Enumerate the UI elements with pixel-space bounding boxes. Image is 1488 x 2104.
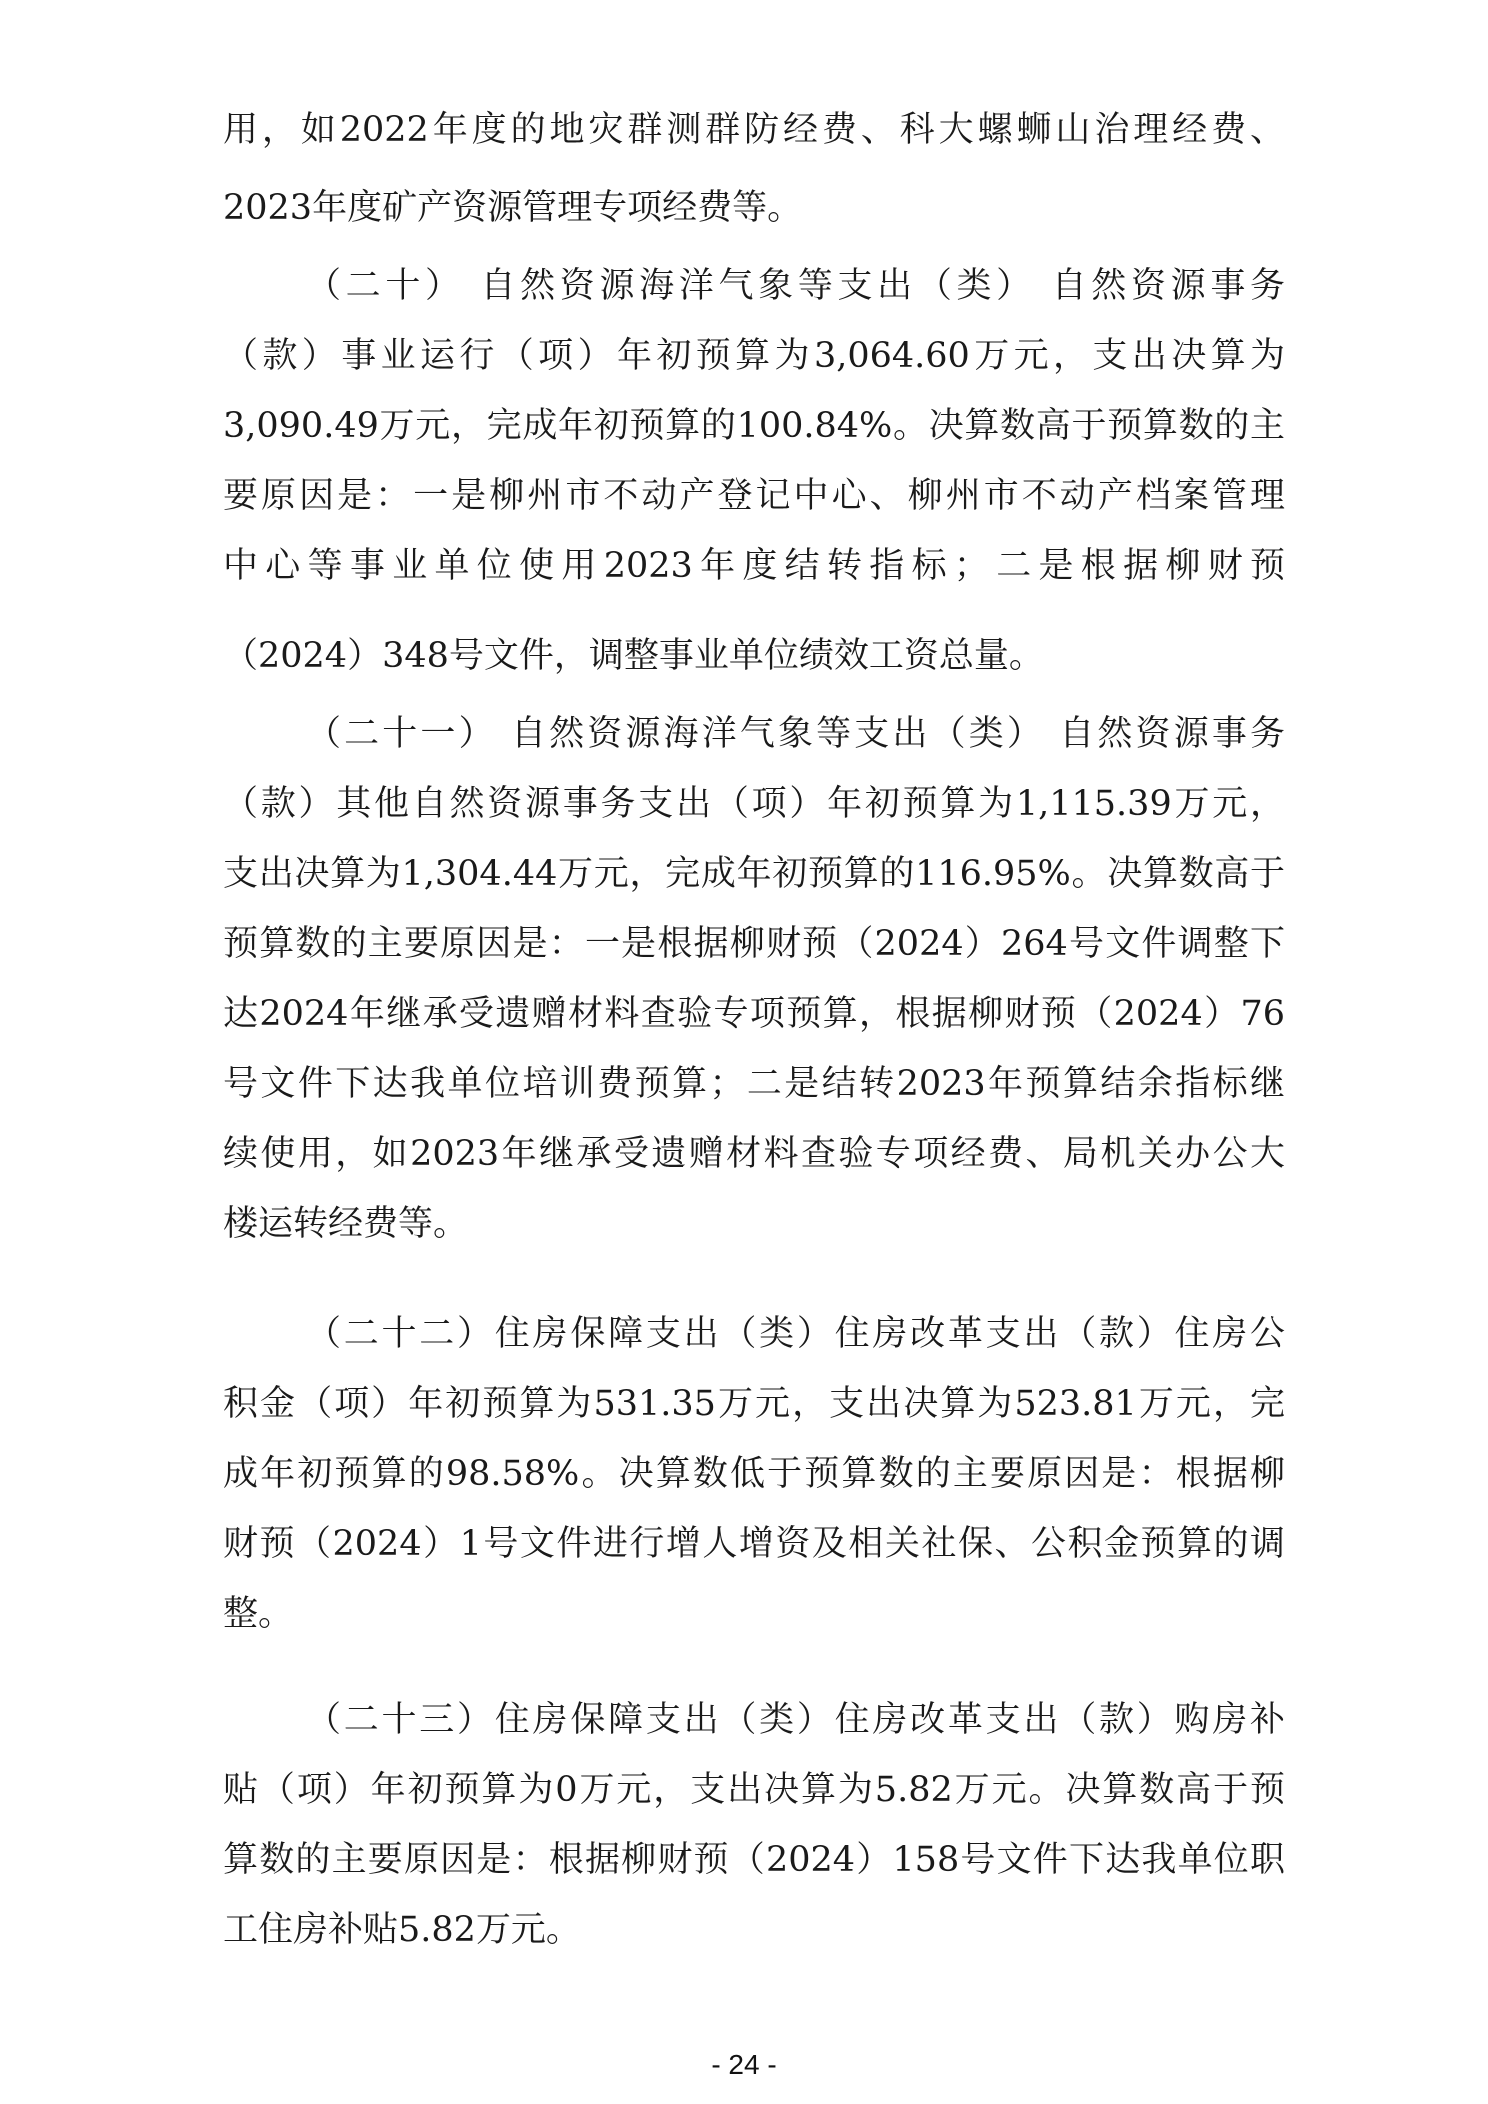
text-line: 2023年度矿产资源管理专项经费等。 — [223, 186, 1285, 230]
text-line: 算数的主要原因是：根据柳财预（2024）158号文件下达我单位职 — [223, 1838, 1285, 1882]
document-page: 用，如2022年度的地灾群测群防经费、科大螺蛳山治理经费、2023年度矿产资源管… — [0, 0, 1488, 2104]
text-line: 3,090.49万元，完成年初预算的100.84%。决算数高于预算数的主 — [223, 404, 1285, 448]
text-line: （款）事业运行（项）年初预算为3,064.60万元，支出决算为 — [223, 334, 1285, 378]
text-line: 支出决算为1,304.44万元，完成年初预算的116.95%。决算数高于 — [223, 852, 1285, 896]
text-line: 达2024年继承受遗赠材料查验专项预算，根据柳财预（2024）76 — [223, 992, 1285, 1036]
text-line: 续使用，如2023年继承受遗赠材料查验专项经费、局机关办公大 — [223, 1132, 1285, 1176]
text-line: 财预（2024）1号文件进行增人增资及相关社保、公积金预算的调 — [223, 1522, 1285, 1566]
text-line: 整。 — [223, 1592, 1285, 1636]
text-line: （2024）348号文件，调整事业单位绩效工资总量。 — [223, 634, 1285, 678]
paragraph-first-line: （二十） 自然资源海洋气象等支出（类） 自然资源事务 — [306, 264, 1285, 308]
text-line: 贴（项）年初预算为0万元，支出决算为5.82万元。决算数高于预 — [223, 1768, 1285, 1812]
text-line: 用，如2022年度的地灾群测群防经费、科大螺蛳山治理经费、 — [223, 108, 1285, 152]
text-line: 号文件下达我单位培训费预算；二是结转2023年预算结余指标继 — [223, 1062, 1285, 1106]
paragraph-first-line: （二十二）住房保障支出（类）住房改革支出（款）住房公 — [306, 1312, 1285, 1356]
text-line: 要原因是：一是柳州市不动产登记中心、柳州市不动产档案管理 — [223, 474, 1285, 518]
text-line: 中心等事业单位使用2023年度结转指标；二是根据柳财预 — [223, 544, 1285, 588]
paragraph-first-line: （二十三）住房保障支出（类）住房改革支出（款）购房补 — [306, 1698, 1285, 1742]
text-line: 积金（项）年初预算为531.35万元，支出决算为523.81万元，完 — [223, 1382, 1285, 1426]
text-line: 成年初预算的98.58%。决算数低于预算数的主要原因是：根据柳 — [223, 1452, 1285, 1496]
text-line: （款）其他自然资源事务支出（项）年初预算为1,115.39万元， — [223, 782, 1285, 826]
page-number: - 24 - — [0, 2048, 1488, 2082]
text-line: 工住房补贴5.82万元。 — [223, 1908, 1285, 1952]
text-line: 楼运转经费等。 — [223, 1202, 1285, 1246]
text-line: 预算数的主要原因是：一是根据柳财预（2024）264号文件调整下 — [223, 922, 1285, 966]
paragraph-first-line: （二十一） 自然资源海洋气象等支出（类） 自然资源事务 — [306, 712, 1285, 756]
